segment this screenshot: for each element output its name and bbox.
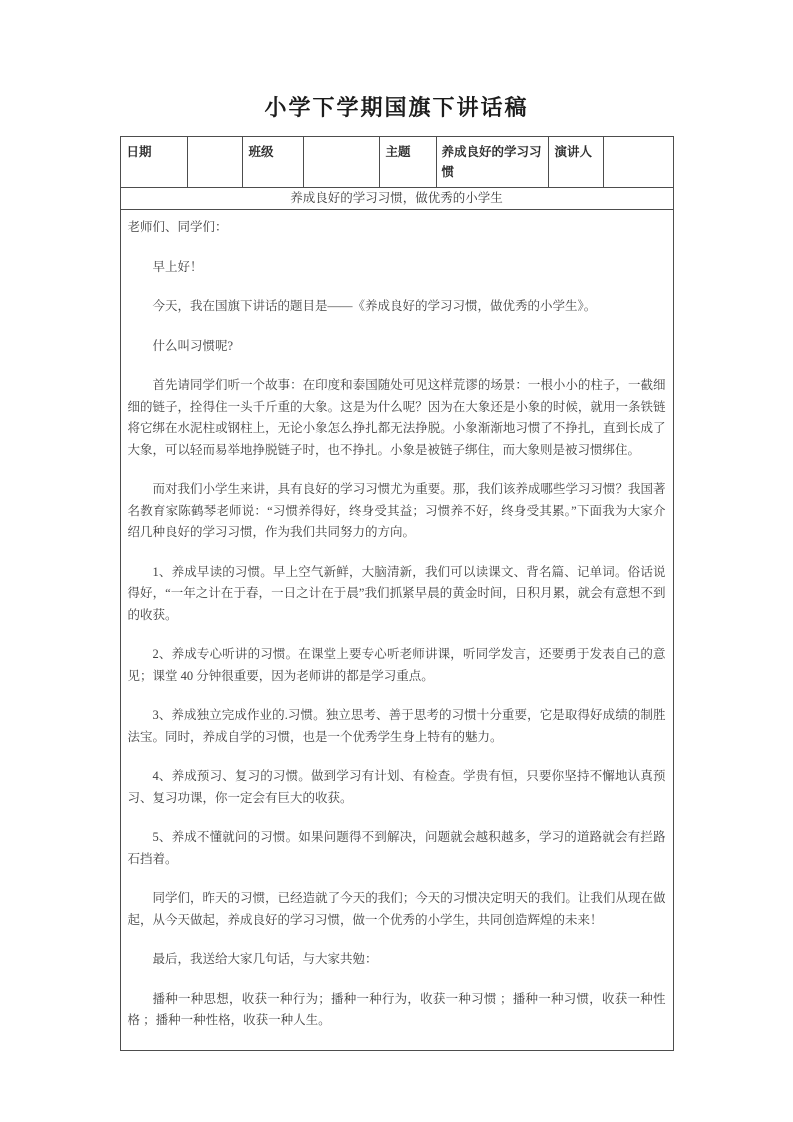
class-value-cell xyxy=(303,137,379,188)
speech-paragraph: 最后，我送给大家几句话，与大家共勉： xyxy=(128,949,666,971)
info-header-row: 日期 班级 主题 养成良好的学习习惯 演讲人 xyxy=(120,137,673,188)
document-page: 小学下学期国旗下讲话稿 日期 班级 主题 养成良好的学习习惯 演讲人 xyxy=(0,0,793,1122)
speech-paragraph: 早上好！ xyxy=(128,257,666,279)
speech-paragraph: 同学们，昨天的习惯，已经造就了今天的我们；今天的习惯决定明天的我们。让我们从现在… xyxy=(128,888,666,931)
speaker-label-cell: 演讲人 xyxy=(548,137,603,188)
speech-paragraph: 3、养成独立完成作业的.习惯。独立思考、善于思考的习惯十分重要，它是取得好成绩的… xyxy=(128,705,666,748)
speech-paragraph: 而对我们小学生来讲，具有良好的学习习惯尤为重要。那，我们该养成哪些学习习惯？我国… xyxy=(128,479,666,544)
speech-paragraph: 播种一种思想，收获一种行为；播种一种行为，收获一种习惯 ；播种一种习惯，收获一种… xyxy=(128,989,666,1032)
page-title: 小学下学期国旗下讲话稿 xyxy=(0,0,793,123)
speech-paragraph: 2、养成专心听讲的习惯。在课堂上要专心听老师讲课，听同学发言，还要勇于发表自己的… xyxy=(128,644,666,687)
class-label-cell: 班级 xyxy=(242,137,303,188)
speech-paragraph: 1、养成早读的习惯。早上空气新鲜，大脑清新，我们可以读课文、背名篇、记单词。俗话… xyxy=(128,562,666,627)
topic-value-cell: 养成良好的学习习惯 xyxy=(436,137,548,188)
subtitle-row: 养成良好的学习习惯，做优秀的小学生 xyxy=(120,188,673,210)
speech-body-row: 老师们、同学们：早上好！今天，我在国旗下讲话的题目是——《养成良好的学习习惯，做… xyxy=(120,210,673,1051)
speech-info-table: 日期 班级 主题 养成良好的学习习惯 演讲人 养成良好的学习习惯，做优秀的小学生… xyxy=(120,136,674,1051)
speech-paragraph: 什么叫习惯呢? xyxy=(128,336,666,358)
speech-body-cell: 老师们、同学们：早上好！今天，我在国旗下讲话的题目是——《养成良好的学习习惯，做… xyxy=(120,210,673,1051)
topic-label-cell: 主题 xyxy=(379,137,436,188)
speech-paragraph: 5、养成不懂就问的习惯。如果问题得不到解决，问题就会越积越多，学习的道路就会有拦… xyxy=(128,827,666,870)
speech-paragraph: 今天，我在国旗下讲话的题目是——《养成良好的学习习惯，做优秀的小学生》。 xyxy=(128,296,666,318)
date-value-cell xyxy=(187,137,242,188)
speech-paragraph: 首先请同学们听一个故事：在印度和泰国随处可见这样荒谬的场景：一根小小的柱子，一截… xyxy=(128,375,666,461)
speech-subtitle: 养成良好的学习习惯，做优秀的小学生 xyxy=(120,188,673,210)
speech-paragraph: 老师们、同学们： xyxy=(128,217,666,239)
speech-paragraph: 4、养成预习、复习的习惯。做到学习有计划、有检查。学贵有恒，只要你坚持不懈地认真… xyxy=(128,766,666,809)
date-label-cell: 日期 xyxy=(120,137,187,188)
speaker-value-cell xyxy=(603,137,673,188)
